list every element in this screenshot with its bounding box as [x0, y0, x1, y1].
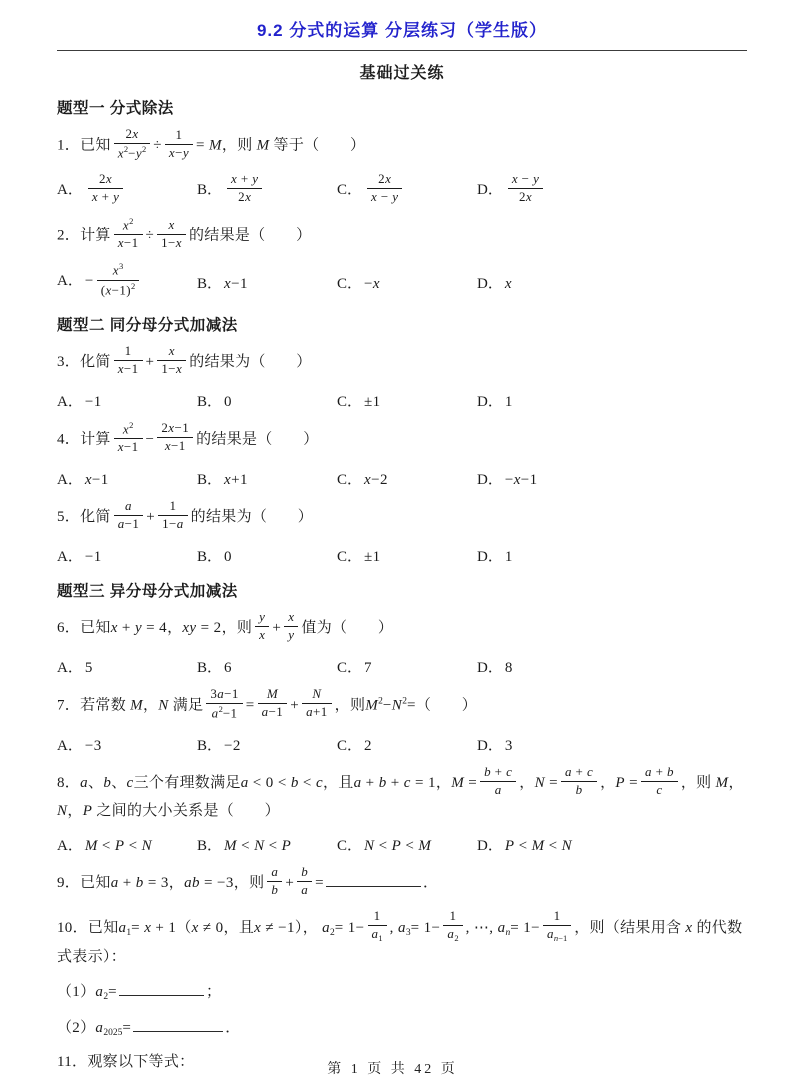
math-run: 1: [450, 908, 457, 923]
text-run: 满足: [169, 697, 204, 713]
option-label: C．: [337, 276, 362, 292]
math-run: a−1: [262, 704, 284, 719]
text-run: （1）: [57, 984, 95, 1000]
text-run: 9．已知: [57, 875, 111, 891]
fraction-numerator: 1: [114, 344, 143, 361]
math-run: =: [122, 1020, 131, 1036]
fraction-numerator: 2x: [88, 172, 123, 189]
math-run: x ≠ 0: [192, 920, 224, 936]
option: D．1: [477, 390, 513, 411]
fraction-numerator: x2: [114, 421, 143, 439]
fraction-numerator: b + c: [480, 765, 516, 782]
option-label: A．: [57, 549, 83, 565]
question: 3．化简1x−1+x1−x的结果为（ ）: [57, 346, 747, 379]
option: D．8: [477, 656, 513, 677]
text-run: （2）: [57, 1020, 95, 1036]
math-run: −N: [383, 697, 402, 713]
option: A．−1: [57, 390, 197, 411]
question: 10．已知a1= x + 1（x ≠ 0，且x ≠ −1）， a2= 1−1a1…: [57, 911, 747, 969]
option-label: C．: [337, 838, 362, 854]
option-label: B．: [197, 394, 222, 410]
math-run: 2: [129, 216, 133, 226]
fraction: ab: [267, 865, 282, 898]
math-run: −: [146, 431, 155, 447]
math-run: =: [407, 697, 416, 713]
math-run: 2: [142, 144, 146, 154]
fraction: 1x−y: [165, 128, 193, 161]
fraction: 2xx + y: [88, 172, 123, 205]
math-run: y: [259, 609, 265, 624]
text-run: 的结果是（ ）: [196, 431, 318, 447]
option: A．−3: [57, 734, 197, 755]
text-run: 、: [111, 775, 126, 791]
fraction: Ma−1: [258, 687, 288, 720]
option-label: B．: [197, 276, 222, 292]
text-run: 值为（ ）: [301, 620, 393, 636]
fraction-numerator: 2x: [114, 127, 151, 144]
math-run: x: [169, 343, 175, 358]
math-run: 2: [129, 420, 133, 430]
fraction: 1an−1: [543, 909, 571, 944]
math-run: a + b = 3: [111, 875, 169, 891]
option-label: A．: [57, 472, 83, 488]
fraction-numerator: x: [284, 610, 298, 627]
fraction-denominator: 1−x: [157, 235, 186, 251]
option: A．−1: [57, 545, 197, 566]
fraction-denominator: y: [284, 627, 298, 643]
math-run: 2: [131, 281, 135, 291]
math-run: x + y = 4: [111, 620, 167, 636]
math-run: +: [146, 354, 155, 370]
text-run: 5．化简: [57, 509, 111, 525]
title-divider: [57, 50, 747, 51]
option: C．2: [337, 734, 477, 755]
question: （1）a2=；: [57, 980, 747, 1005]
math-run: N: [158, 697, 168, 713]
option: A．2xx + y: [57, 174, 197, 207]
fraction-denominator: x−1: [114, 439, 143, 455]
math-run: x−1: [165, 438, 186, 453]
option-label: D．: [477, 182, 503, 198]
math-run: c: [127, 775, 134, 791]
section-heading: 题型一 分式除法: [57, 96, 747, 118]
math-run: xy = 2: [182, 620, 221, 636]
fraction-denominator: a2−1: [206, 704, 242, 721]
math-run: N: [57, 803, 67, 819]
answer-blank: [133, 1016, 223, 1032]
math-run: 2x: [125, 126, 138, 141]
math-run: ±1: [364, 394, 381, 410]
fraction-denominator: a: [297, 882, 312, 898]
math-run: +: [290, 697, 299, 713]
option: D．P < M < N: [477, 834, 572, 855]
math-run: a: [301, 882, 308, 897]
math-run: x: [259, 627, 265, 642]
math-run: x + y: [231, 171, 258, 186]
math-run: M: [130, 697, 143, 713]
fraction-numerator: 1: [368, 909, 387, 926]
math-run: P: [83, 803, 93, 819]
question: 7．若常数 M，N 满足3a−1a2−1=Ma−1+Na+1，则M2−N2=（ …: [57, 689, 747, 723]
fraction: ba: [297, 865, 312, 898]
math-run: 0: [224, 394, 232, 410]
math-run: a−1: [118, 516, 140, 531]
math-run: 1: [554, 908, 561, 923]
question: 1．已知2xx2−y2÷1x−y= M，则 M 等于（ ）: [57, 129, 747, 163]
math-run: N =: [535, 775, 558, 791]
text-run: 、: [88, 775, 103, 791]
text-run: ，则: [681, 775, 716, 791]
option: B．0: [197, 545, 337, 566]
fraction-numerator: x3: [97, 262, 140, 280]
math-run: x: [288, 609, 294, 624]
fraction: 2xx − y: [367, 172, 402, 205]
fraction-denominator: b: [561, 782, 597, 798]
options-row: A．5B．6C．7D．8: [57, 656, 747, 677]
fraction: 1a2: [443, 909, 462, 944]
option-label: C．: [337, 738, 362, 754]
option-label: B．: [197, 182, 222, 198]
option: D．x: [477, 272, 512, 293]
math-run: N: [312, 686, 321, 701]
text-run: 1．已知: [57, 138, 111, 154]
fraction-numerator: 2x−1: [157, 421, 193, 438]
fraction: 2x−1x−1: [157, 421, 193, 454]
option-label: A．: [57, 273, 83, 289]
option: B．6: [197, 656, 337, 677]
math-run: −2: [224, 738, 241, 754]
math-run: = 1−: [411, 920, 441, 936]
math-run: x−2: [364, 472, 388, 488]
math-run: a: [80, 775, 88, 791]
text-run: ，: [600, 775, 615, 791]
fraction-denominator: 2x: [227, 189, 262, 205]
text-run: ．: [225, 1020, 240, 1036]
math-run: y: [288, 627, 294, 642]
math-run: x + y: [92, 189, 119, 204]
fraction-denominator: x−y: [165, 145, 193, 161]
fraction: x2x−1: [114, 217, 143, 251]
math-run: 7: [364, 660, 372, 676]
option: B．x−1: [197, 272, 337, 293]
math-run: M =: [451, 775, 477, 791]
fraction-denominator: b: [267, 882, 282, 898]
math-run: a < 0 < b < c: [241, 775, 323, 791]
fraction-numerator: 3a−1: [206, 687, 242, 704]
text-run: （ ）: [416, 697, 477, 713]
math-run: 1: [125, 343, 132, 358]
math-run: 8: [505, 660, 513, 676]
option: C．7: [337, 656, 477, 677]
math-run: −x: [364, 276, 380, 292]
math-run: M: [267, 686, 278, 701]
math-run: N < P < M: [364, 838, 431, 854]
math-run: M: [257, 138, 270, 154]
math-run: 2x: [238, 189, 251, 204]
text-run: ，: [169, 875, 184, 891]
answer-blank: [119, 980, 204, 996]
text-run: 7．若常数: [57, 697, 130, 713]
option: A．5: [57, 656, 197, 677]
option-label: B．: [197, 472, 222, 488]
math-run: 1: [374, 908, 381, 923]
section-heading: 题型二 同分母分式加减法: [57, 313, 747, 335]
option-label: C．: [337, 472, 362, 488]
fraction-denominator: a1: [368, 926, 387, 944]
text-run: ，则: [335, 697, 366, 713]
fraction-denominator: c: [641, 782, 678, 798]
math-run: 3a−1: [210, 686, 238, 701]
option-label: C．: [337, 549, 362, 565]
math-run: a: [547, 926, 554, 941]
fraction-numerator: 1: [443, 909, 462, 926]
fraction-denominator: x−1: [157, 438, 193, 454]
option-label: D．: [477, 838, 503, 854]
math-run: x−y: [169, 145, 189, 160]
fraction-denominator: a2: [443, 926, 462, 944]
option: A．−x3(x−1)2: [57, 264, 197, 300]
math-run: =: [246, 697, 255, 713]
math-run: 1−x: [161, 235, 182, 250]
text-run: 之间的大小关系是（ ）: [92, 803, 280, 819]
fraction: x − y2x: [508, 172, 543, 205]
option-label: D．: [477, 276, 503, 292]
math-run: x: [505, 276, 512, 292]
fraction: x + y2x: [227, 172, 262, 205]
math-run: +: [272, 620, 281, 636]
math-run: a: [125, 498, 132, 513]
text-run: ，且: [224, 920, 255, 936]
option-label: D．: [477, 472, 503, 488]
fraction-denominator: 1−x: [157, 361, 186, 377]
fraction: x3(x−1)2: [97, 262, 140, 298]
text-run: 10．已知: [57, 920, 119, 936]
text-run: ，则: [222, 138, 257, 154]
fraction-numerator: a + c: [561, 765, 597, 782]
fraction: x1−x: [157, 218, 186, 251]
math-run: M < N < P: [224, 838, 291, 854]
option-label: B．: [197, 549, 222, 565]
math-run: = 1−: [510, 920, 540, 936]
math-run: 6: [224, 660, 232, 676]
math-run: x−1: [224, 276, 248, 292]
math-run: 3: [119, 261, 123, 271]
math-run: 1: [505, 549, 513, 565]
math-run: M: [365, 697, 378, 713]
options-row: A．−1B．0C．±1D．1: [57, 390, 747, 411]
math-run: 1: [176, 127, 183, 142]
math-run: 1−x: [161, 361, 182, 376]
fraction: 3a−1a2−1: [206, 687, 242, 721]
math-run: −y: [128, 145, 142, 160]
option: B．0: [197, 390, 337, 411]
math-run: = 1−: [335, 920, 365, 936]
math-run: 1: [505, 394, 513, 410]
math-run: ÷: [146, 228, 155, 244]
worksheet-page: 9.2 分式的运算 分层练习（学生版） 基础过关练 题型一 分式除法1．已知2x…: [0, 0, 785, 1087]
fraction-numerator: x − y: [508, 172, 543, 189]
answer-blank: [326, 871, 421, 887]
math-run: a: [322, 920, 330, 936]
fraction-numerator: 1: [158, 499, 188, 516]
fraction: 1x−1: [114, 344, 143, 377]
fraction: Na+1: [302, 687, 332, 720]
fraction-denominator: x: [255, 627, 269, 643]
math-run: −x−1: [505, 472, 538, 488]
math-run: 2x: [99, 171, 112, 186]
math-run: x−1: [118, 439, 139, 454]
document-body: 题型一 分式除法1．已知2xx2−y2÷1x−y= M，则 M 等于（ ）A．2…: [57, 96, 747, 1074]
text-run: ，: [519, 775, 534, 791]
text-run: ，: [436, 775, 451, 791]
math-run: 1−a: [162, 516, 184, 531]
math-run: 2025: [103, 1028, 122, 1038]
option: B．x + y2x: [197, 174, 337, 207]
fraction-denominator: x2−y2: [114, 144, 151, 161]
option: C．±1: [337, 545, 477, 566]
fraction-denominator: x + y: [88, 189, 123, 205]
math-run: P < M < N: [505, 838, 572, 854]
option: C．±1: [337, 390, 477, 411]
fraction-numerator: a + b: [641, 765, 678, 782]
option: D．3: [477, 734, 513, 755]
fraction: 1a1: [368, 909, 387, 944]
math-run: x − y: [371, 189, 398, 204]
text-run: ，: [167, 620, 182, 636]
text-run: 的结果为（ ）: [191, 509, 313, 525]
fraction-numerator: a: [267, 865, 282, 882]
text-run: ，则（结果用含: [574, 920, 685, 936]
options-row: A．−3B．−2C．2D．3: [57, 734, 747, 755]
math-run: x ≠ −1: [254, 920, 295, 936]
math-run: M: [716, 775, 729, 791]
fraction-denominator: a−1: [114, 516, 144, 532]
text-run: 3．化简: [57, 354, 111, 370]
math-run: 2: [364, 738, 372, 754]
fraction-denominator: x−1: [114, 361, 143, 377]
option: B．M < N < P: [197, 834, 337, 855]
question: 6．已知x + y = 4，xy = 2，则yx+xy值为（ ）: [57, 612, 747, 645]
text-run: ；: [206, 984, 221, 1000]
option-label: B．: [197, 838, 222, 854]
math-run: +: [146, 509, 155, 525]
option-label: C．: [337, 660, 362, 676]
fraction-numerator: x + y: [227, 172, 262, 189]
math-run: 0: [224, 549, 232, 565]
math-run: ±1: [364, 549, 381, 565]
text-run: ），: [295, 920, 322, 936]
math-run: x−1: [118, 235, 139, 250]
question: 8．a、b、c三个有理数满足a < 0 < b < c，且a + b + c =…: [57, 767, 747, 823]
math-run: −1: [223, 705, 238, 720]
math-run: a + b: [645, 764, 674, 779]
fraction: aa−1: [114, 499, 144, 532]
option: D．1: [477, 545, 513, 566]
text-run: 三个有理数满足: [134, 775, 241, 791]
math-run: (x−1): [101, 282, 131, 297]
fraction-numerator: x: [157, 218, 186, 235]
question: 2．计算x2x−1÷x1−x的结果是（ ）: [57, 219, 747, 253]
fraction-numerator: b: [297, 865, 312, 882]
math-run: x−1: [118, 361, 139, 376]
option-label: A．: [57, 738, 83, 754]
text-run: ，: [143, 697, 158, 713]
option-label: D．: [477, 660, 503, 676]
fraction-denominator: x − y: [367, 189, 402, 205]
options-row: A．x−1B．x+1C．x−2D．−x−1: [57, 468, 747, 489]
fraction: x1−x: [157, 344, 186, 377]
fraction-numerator: M: [258, 687, 288, 704]
math-run: 1: [169, 498, 176, 513]
math-run: +: [285, 875, 294, 891]
text-run: ．: [423, 875, 438, 891]
option: A．x−1: [57, 468, 197, 489]
fraction-numerator: y: [255, 610, 269, 627]
fraction: 2xx2−y2: [114, 127, 151, 161]
option-label: A．: [57, 182, 83, 198]
math-run: a + b + c = 1: [354, 775, 436, 791]
option: C．2xx − y: [337, 174, 477, 207]
math-run: n−1: [554, 933, 567, 943]
math-run: −3: [85, 738, 102, 754]
fraction: a + cb: [561, 765, 597, 798]
option-label: A．: [57, 394, 83, 410]
math-run: M < P < N: [85, 838, 152, 854]
page-footer: 第 1 页 共 42 页: [0, 1058, 785, 1078]
text-run: 6．已知: [57, 620, 111, 636]
math-run: ÷: [153, 138, 162, 154]
fraction-numerator: 2x: [367, 172, 402, 189]
option-label: B．: [197, 660, 222, 676]
page-content: 9.2 分式的运算 分层练习（学生版） 基础过关练 题型一 分式除法1．已知2x…: [0, 0, 785, 1074]
option-label: B．: [197, 738, 222, 754]
fraction-denominator: an−1: [543, 926, 571, 944]
math-run: −1: [85, 394, 102, 410]
question: 5．化简aa−1+11−a的结果为（ ）: [57, 501, 747, 534]
math-run: 2x: [519, 189, 532, 204]
math-run: a: [495, 782, 502, 797]
text-run: 的结果为（ ）: [189, 354, 311, 370]
fraction-denominator: x−1: [114, 235, 143, 251]
fraction: 11−a: [158, 499, 188, 532]
math-run: −1: [85, 549, 102, 565]
option: C．N < P < M: [337, 834, 477, 855]
fraction-denominator: 1−a: [158, 516, 188, 532]
math-run: a+1: [306, 704, 328, 719]
option-label: C．: [337, 394, 362, 410]
math-run: = x + 1: [131, 920, 176, 936]
fraction-numerator: x: [157, 344, 186, 361]
math-run: ab = −3: [184, 875, 234, 891]
question: （2）a2025=．: [57, 1016, 747, 1041]
option-label: A．: [57, 660, 83, 676]
math-run: a + c: [565, 764, 593, 779]
option: C．x−2: [337, 468, 477, 489]
doc-title: 9.2 分式的运算 分层练习（学生版）: [57, 16, 747, 41]
text-run: 4．计算: [57, 431, 111, 447]
fraction: x2x−1: [114, 421, 143, 455]
math-run: =: [315, 875, 324, 891]
math-run: −: [85, 273, 94, 289]
option: D．−x−1: [477, 468, 538, 489]
math-run: c: [656, 782, 662, 797]
fraction-numerator: x2: [114, 217, 143, 235]
option: B．x+1: [197, 468, 337, 489]
math-run: 2x: [378, 171, 391, 186]
fraction: yx: [255, 610, 269, 643]
math-run: = M: [196, 138, 222, 154]
fraction-denominator: a: [480, 782, 516, 798]
